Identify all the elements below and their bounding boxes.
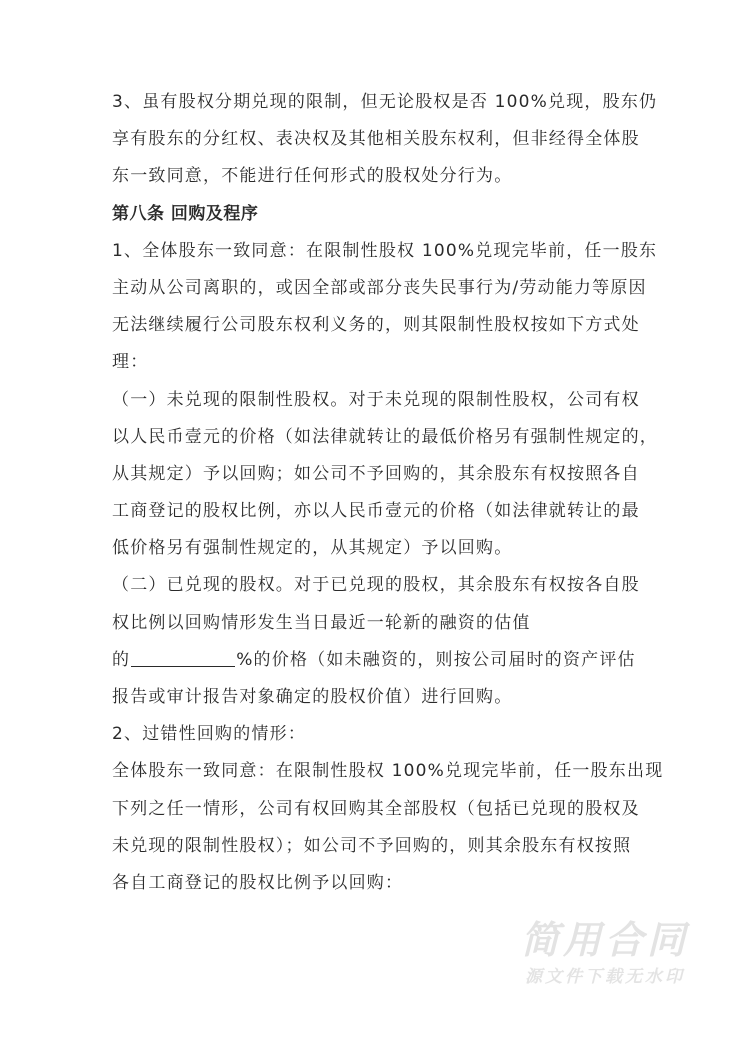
paragraph-line: 低价格另有强制性规定的，从其规定）予以回购。 [112,530,642,567]
paragraph-line: 理： [112,344,642,381]
paragraph-line: 东一致同意，不能进行任何形式的股权处分行为。 [112,158,642,195]
item-title: 2、过错性回购的情形： [112,716,642,753]
paragraph-line: 主动从公司离职的，或因全部或部分丧失民事行为/劳动能力等原因 [112,270,642,307]
paragraph-line: 各自工商登记的股权比例予以回购： [112,865,642,902]
paragraph-line: 1、全体股东一致同意：在限制性股权 100%兑现完毕前，任一股东 [112,233,642,270]
paragraph-line: 工商登记的股权比例，亦以人民币壹元的价格（如法律就转让的最 [112,493,642,530]
paragraph-line: 权比例以回购情形发生当日最近一轮新的融资的估值 [112,605,642,642]
paragraph-line: 全体股东一致同意：在限制性股权 100%兑现完毕前，任一股东出现 [112,753,642,790]
paragraph-line: 以人民币壹元的价格（如法律就转让的最低价格另有强制性规定的， [112,419,642,456]
paragraph-line: 享有股东的分红权、表决权及其他相关股东权利，但非经得全体股 [112,121,642,158]
paragraph-line: 从其规定）予以回购；如公司不予回购的，其余股东有权按照各自 [112,456,642,493]
watermark-title: 简用合同 [505,918,705,962]
paragraph-line: （二）已兑现的股权。对于已兑现的股权，其余股东有权按各自股 [112,567,642,604]
paragraph-line: （一）未兑现的限制性股权。对于未兑现的限制性股权，公司有权 [112,382,642,419]
document-page: 3、虽有股权分期兑现的限制，但无论股权是否 100%兑现，股东仍 享有股东的分红… [0,0,742,1049]
paragraph-line: 下列之任一情形，公司有权回购其全部股权（包括已兑现的股权及 [112,791,642,828]
percentage-blank-field[interactable] [131,648,235,667]
fill-in-suffix: %的价格（如未融资的，则按公司届时的资产评估 [236,650,636,670]
paragraph-line: 无法继续履行公司股东权利义务的，则其限制性股权按如下方式处 [112,307,642,344]
article-heading: 第八条 回购及程序 [112,196,642,233]
document-body: 3、虽有股权分期兑现的限制，但无论股权是否 100%兑现，股东仍 享有股东的分红… [112,84,642,902]
watermark: 简用合同 源文件下载无水印 [505,918,705,990]
paragraph-line: 报告或审计报告对象确定的股权价值）进行回购。 [112,679,642,716]
watermark-subtitle: 源文件下载无水印 [505,964,705,990]
fill-in-line: 的%的价格（如未融资的，则按公司届时的资产评估 [112,642,642,679]
paragraph-line: 3、虽有股权分期兑现的限制，但无论股权是否 100%兑现，股东仍 [112,84,642,121]
paragraph-line: 未兑现的限制性股权）；如公司不予回购的，则其余股东有权按照 [112,828,642,865]
fill-in-prefix: 的 [112,650,130,670]
